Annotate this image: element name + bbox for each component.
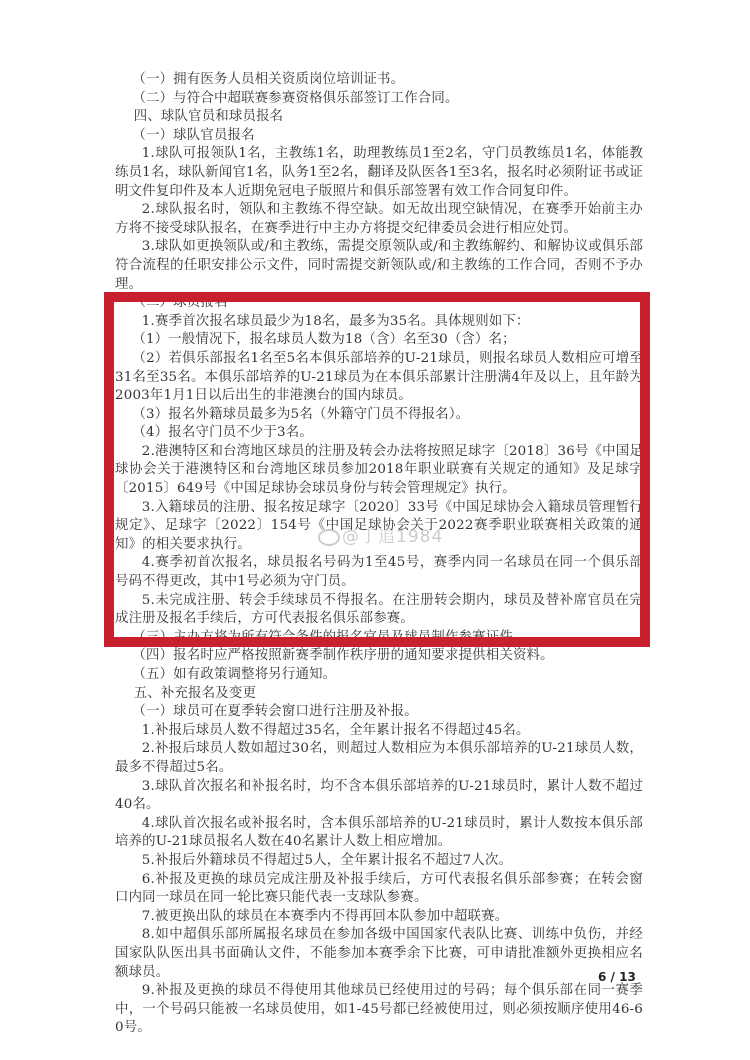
section-heading: 五、补充报名及变更 xyxy=(115,685,643,704)
document-body: （一）拥有医务人员相关资质岗位培训证书。 （二）与符合中超联赛参赛资格俱乐部签订… xyxy=(115,71,643,1038)
paragraph: （一）拥有医务人员相关资质岗位培训证书。 xyxy=(115,71,643,90)
paragraph: 4.球队首次报名或补报名时，含本俱乐部培养的U-21球员时，累计人数按本俱乐部培… xyxy=(115,815,643,852)
paragraph: （二）与符合中超联赛参赛资格俱乐部签订工作合同。 xyxy=(115,90,643,109)
subsection-heading: （一）球员可在夏季转会窗口进行注册及补报。 xyxy=(115,703,643,722)
paragraph: （2）若俱乐部报名1名至5名本俱乐部培养的U-21球员，则报名球员人数相应可增至… xyxy=(115,350,643,406)
paragraph: 1.补报后球员人数不得超过35名，全年累计报名不得超过45名。 xyxy=(115,722,643,741)
paragraph: 7.被更换出队的球员在本赛季内不得再回本队参加中超联赛。 xyxy=(115,908,643,927)
paragraph: 1.球队可报领队1名，主教练1名，助理教练员1至2名，守门员教练员1名，体能教练… xyxy=(115,145,643,201)
paragraph: 5.未完成注册、转会手续球员不得报名。在注册转会期内，球员及替补席官员在完成注册… xyxy=(115,592,643,629)
paragraph: 5.补报后外籍球员不得超过5人，全年累计报名不超过7人次。 xyxy=(115,852,643,871)
paragraph: 2.补报后球员人数如超过30名，则超过人数相应为本俱乐部培养的U-21球员人数，… xyxy=(115,740,643,777)
paragraph: （四）报名时应严格按照新赛季制作秩序册的通知要求提供相关资料。 xyxy=(115,647,643,666)
paragraph: 1.赛季首次报名球员最少为18名，最多为35名。具体规则如下： xyxy=(115,313,643,332)
paragraph: （3）报名外籍球员最多为5名（外籍守门员不得报名）。 xyxy=(115,406,643,425)
subsection-heading: （一）球队官员报名 xyxy=(115,127,643,146)
paragraph: （4）报名守门员不少于3名。 xyxy=(115,424,643,443)
paragraph: （三）主办方将为所有符合条件的报名官员及球员制作参赛证件。 xyxy=(115,629,643,648)
watermark-text: @丁追1984 xyxy=(342,527,443,547)
section-heading: 四、球队官员和球员报名 xyxy=(115,108,643,127)
paragraph: 6.补报及更换的球员完成注册及补报手续后，方可代表报名俱乐部参赛；在转会窗口内同… xyxy=(115,871,643,908)
paragraph: （1）一般情况下，报名球员人数为18（含）名至30（含）名； xyxy=(115,331,643,350)
paragraph: 3.球队首次报名和补报名时，均不含本俱乐部培养的U-21球员时，累计人数不超过4… xyxy=(115,778,643,815)
paragraph: 3.球队如更换领队或/和主教练，需提交原领队或/和主教练解约、和解协议或俱乐部符… xyxy=(115,238,643,294)
paragraph: 2.球队报名时，领队和主教练不得空缺。如无故出现空缺情况，在赛季开始前主办方将不… xyxy=(115,201,643,238)
weibo-logo-icon xyxy=(318,529,340,546)
subsection-heading: （二）球员报名 xyxy=(115,294,643,313)
paragraph: 2.港澳特区和台湾地区球员的注册及转会办法将按照足球字〔2018〕36号《中国足… xyxy=(115,443,643,499)
paragraph: 8.如中超俱乐部所属报名球员在参加各级中国国家代表队比赛、训练中负伤，并经国家队… xyxy=(115,926,643,982)
page-number: 6 / 13 xyxy=(598,970,636,984)
document-page: （一）拥有医务人员相关资质岗位培训证书。 （二）与符合中超联赛参赛资格俱乐部签订… xyxy=(0,0,750,1060)
paragraph: 9.补报及更换的球员不得使用其他球员已经使用过的号码；每个俱乐部在同一赛季中，一… xyxy=(115,982,643,1038)
paragraph: 4.赛季初首次报名，球员报名号码为1至45号，赛季内同一名球员在同一个俱乐部号码… xyxy=(115,554,643,591)
paragraph: （五）如有政策调整将另行通知。 xyxy=(115,666,643,685)
weibo-watermark: @丁追1984 xyxy=(318,522,443,547)
